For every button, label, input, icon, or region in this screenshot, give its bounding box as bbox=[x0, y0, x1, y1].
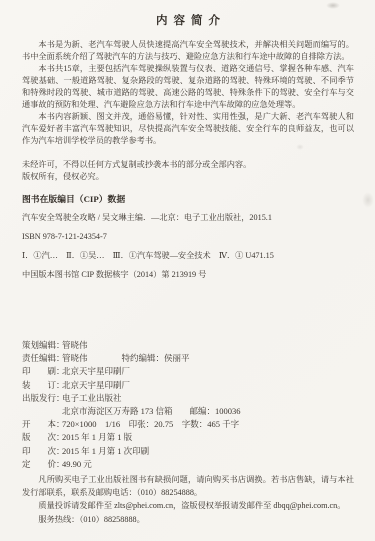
cip-data-section: 图书在版编目（CIP）数据 汽车安全驾驶全攻略 / 吴文琳主编．—北京：电子工业… bbox=[22, 193, 354, 281]
colophon-value: 管晓伟 特约编辑：侯丽平 bbox=[62, 353, 190, 363]
footer-note-contact-email: 质量投诉请发邮件至 zlts@phei.com.cn，盗版侵权举报请发邮件至 d… bbox=[22, 499, 354, 512]
colophon-row-planning-editor: 策划编辑：管晓伟 bbox=[22, 339, 354, 352]
colophon-section: 策划编辑：管晓伟 责任编辑：管晓伟 特约编辑：侯丽平 印 刷：北京天宇星印刷厂 … bbox=[22, 339, 354, 471]
colophon-label: 印 次： bbox=[22, 445, 62, 458]
colophon-value: 北京市海淀区万寿路 173 信箱 邮编：100036 bbox=[62, 406, 241, 416]
cip-record-number: 中国版本图书馆 CIP 数据核字（2014）第 213919 号 bbox=[22, 269, 354, 281]
colophon-row-printer: 印 刷：北京天宇星印刷厂 bbox=[22, 365, 354, 378]
colophon-value: 电子工业出版社 bbox=[62, 393, 122, 403]
colophon-label: 定 价： bbox=[22, 458, 62, 471]
cip-classification: Ⅰ．①汽… Ⅱ．①吴… Ⅲ．①汽车驾驶—安全技术 Ⅳ．① U471.15 bbox=[22, 250, 354, 262]
footer-note-exchange: 凡所购买电子工业出版社图书有缺损问题，请向购买书店调换。若书店售缺，请与本社发行… bbox=[22, 473, 354, 499]
colophon-row-impression: 印 次：2015 年 1 月第 1 次印刷 bbox=[22, 445, 354, 458]
colophon-row-binding: 装 订：北京天宇星印刷厂 bbox=[22, 379, 354, 392]
colophon-value: 北京天宇星印刷厂 bbox=[62, 380, 130, 390]
cip-isbn: ISBN 978-7-121-24354-7 bbox=[22, 231, 354, 243]
book-copyright-page: 内容简介 本书是为新、老汽车驾驶人员快速提高汽车安全驾驶技术，并解决相关问题而编… bbox=[0, 0, 375, 541]
colophon-label: 出版发行： bbox=[22, 392, 62, 405]
colophon-row-edition: 版 次：2015 年 1 月第 1 版 bbox=[22, 431, 354, 444]
footer-note-hotline: 服务热线：（010）88258888。 bbox=[22, 513, 354, 526]
colophon-label: 印 刷： bbox=[22, 365, 62, 378]
page-title: 内容简介 bbox=[22, 15, 354, 28]
intro-section: 本书是为新、老汽车驾驶人员快速提高汽车安全驾驶技术，并解决相关问题而编写的。书中… bbox=[22, 39, 354, 147]
cip-heading: 图书在版编目（CIP）数据 bbox=[22, 193, 354, 205]
colophon-row-price: 定 价：49.90 元 bbox=[22, 458, 354, 471]
service-notes-section: 凡所购买电子工业出版社图书有缺损问题，请向购买书店调换。若书店售缺，请与本社发行… bbox=[22, 473, 354, 526]
colophon-row-address: 北京市海淀区万寿路 173 信箱 邮编：100036 bbox=[22, 405, 354, 418]
colophon-label: 版 次： bbox=[22, 431, 62, 444]
scan-smudge bbox=[326, 2, 340, 9]
colophon-label: 责任编辑： bbox=[22, 352, 62, 365]
intro-paragraph-2: 本书共15章，主要包括汽车驾驶操纵装置与仪表、道路交通信号、掌握各种车感、汽车驾… bbox=[22, 63, 354, 111]
colophon-value: 北京天宇星印刷厂 bbox=[62, 366, 130, 376]
colophon-value: 管晓伟 bbox=[62, 340, 88, 350]
colophon-row-publisher: 出版发行：电子工业出版社 bbox=[22, 392, 354, 405]
copyright-notice-line-2: 版权所有，侵权必究。 bbox=[22, 171, 354, 183]
intro-paragraph-1: 本书是为新、老汽车驾驶人员快速提高汽车安全驾驶技术，并解决相关问题而编写的。书中… bbox=[22, 39, 354, 63]
copyright-notice: 未经许可，不得以任何方式复制或抄袭本书的部分或全部内容。 版权所有，侵权必究。 bbox=[22, 159, 354, 183]
colophon-value: 2015 年 1 月第 1 版 bbox=[62, 432, 132, 442]
scan-smudge bbox=[362, 192, 374, 208]
colophon-value: 720×1000 1/16 印张：20.75 字数：465 千字 bbox=[62, 419, 239, 429]
colophon-value: 2015 年 1 月第 1 次印刷 bbox=[62, 446, 149, 456]
colophon-label: 装 订： bbox=[22, 379, 62, 392]
colophon-label: 开 本： bbox=[22, 418, 62, 431]
colophon-value: 49.90 元 bbox=[62, 459, 92, 469]
cip-title-line: 汽车安全驾驶全攻略 / 吴文琳主编．—北京：电子工业出版社，2015.1 bbox=[22, 212, 354, 224]
copyright-notice-line-1: 未经许可，不得以任何方式复制或抄袭本书的部分或全部内容。 bbox=[22, 159, 354, 171]
colophon-row-responsible-editor: 责任编辑：管晓伟 特约编辑：侯丽平 bbox=[22, 352, 354, 365]
intro-paragraph-3: 本书内容新颖、图文并茂，通俗易懂，针对性、实用性强，是广大新、老汽车驾驶人和汽车… bbox=[22, 111, 354, 147]
colophon-row-format: 开 本：720×1000 1/16 印张：20.75 字数：465 千字 bbox=[22, 418, 354, 431]
colophon-label: 策划编辑： bbox=[22, 339, 62, 352]
